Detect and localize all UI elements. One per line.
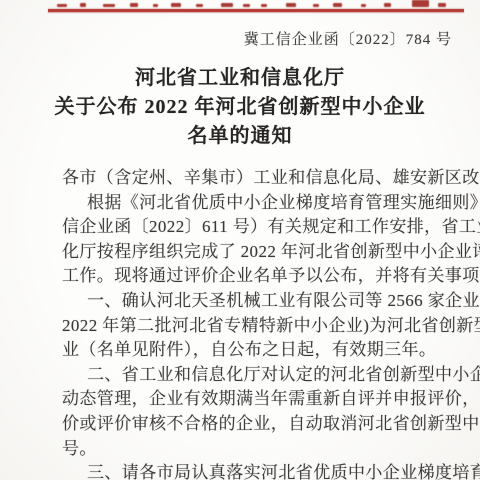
body-text-line: 根据《河北省优质中小企业梯度培育管理实施细则》（冀工 (62, 191, 464, 216)
letterhead-red-rule (48, 9, 464, 12)
document-body: 各市（含定州、辛集市）工业和信息化局、雄安新区改革发展局：根据《河北省优质中小企… (62, 166, 464, 480)
body-text-line: 信企业函〔2022〕611 号）有关规定和工作安排，省工业和信息 (62, 215, 464, 240)
body-text-line: 工作。现将通过评价企业名单予以公布，并将有关事项通知如下： (62, 264, 464, 289)
body-text-line: 一、确认河北天圣机械工业有限公司等 2566 家企业（含 (62, 289, 464, 314)
letterhead-glyph-fragment (361, 4, 366, 7)
letterhead-red-text-fragments (0, 0, 480, 8)
letterhead-glyph-fragment (384, 3, 391, 7)
body-text-line: 动态管理，企业有效期满当年需重新自评并申报评价，未申报评 (62, 387, 464, 412)
body-text-line: 2022 年第二批河北省专精特新中小企业)为河北省创新型中小企 (62, 314, 464, 339)
body-text-line: 价或评价审核不合格的企业，自动取消河北省创新型中小企业称 (62, 412, 464, 437)
official-document-page: 冀工信企业函〔2022〕784 号 河北省工业和信息化厅关于公布 2022 年河… (0, 0, 480, 480)
letterhead-glyph-fragment (153, 4, 158, 7)
letterhead-glyph-fragment (130, 3, 138, 7)
body-text-line: 二、省工业和信息化厅对认定的河北省创新型中小企业实行 (62, 363, 464, 388)
document-title-line: 河北省工业和信息化厅 (0, 64, 480, 93)
body-text-line: 化厅按程序组织完成了 2022 年河北省创新型中小企业评价审核 (62, 240, 464, 265)
letterhead-glyph-fragment (103, 4, 115, 7)
letterhead-glyph-fragment (57, 4, 67, 7)
document-title-line: 名单的通知 (0, 122, 480, 151)
document-number: 冀工信企业函〔2022〕784 号 (244, 28, 452, 49)
letterhead-glyph-fragment (243, 4, 250, 7)
letterhead-glyph-fragment (286, 3, 296, 7)
letterhead-glyph-fragment (313, 4, 319, 7)
body-text-line: 号。 (62, 437, 464, 462)
letterhead-glyph-fragment (196, 4, 203, 7)
letterhead-glyph-fragment (261, 4, 267, 7)
letterhead-glyph-fragment (221, 3, 233, 7)
letterhead-glyph-fragment (412, 0, 429, 7)
letterhead-glyph-fragment (80, 3, 86, 7)
body-text-line: 各市（含定州、辛集市）工业和信息化局、雄安新区改革发展局： (62, 166, 464, 191)
document-title: 河北省工业和信息化厅关于公布 2022 年河北省创新型中小企业名单的通知 (0, 64, 480, 151)
letterhead-glyph-fragment (333, 3, 342, 7)
body-text-line: 业（名单见附件），自公布之日起，有效期三年。 (62, 338, 464, 363)
letterhead-glyph-fragment (438, 3, 446, 7)
body-text-line: 三、请各市局认真落实河北省优质中小企业梯度培育工作， (62, 461, 464, 480)
document-title-line: 关于公布 2022 年河北省创新型中小企业 (0, 93, 480, 122)
letterhead-glyph-fragment (171, 3, 181, 7)
